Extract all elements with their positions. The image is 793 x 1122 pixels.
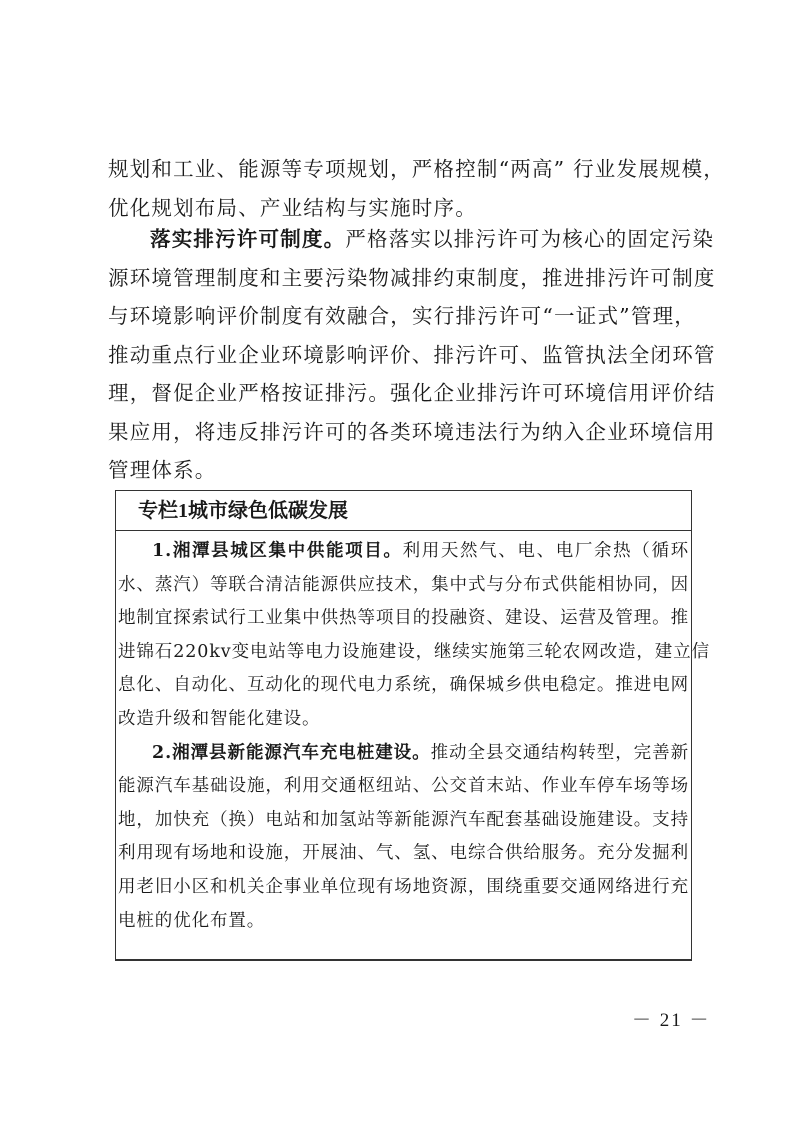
column-box-body: 1.湘潭县城区集中供能项目。利用天然气、电、电厂余热（循环 水、蒸汽）等联合清洁… <box>116 531 691 938</box>
text-line: 息化、自动化、互动化的现代电力系统，确保城乡供电稳定。推进电网 <box>118 669 689 703</box>
text-line: 地制宜探索试行工业集中供热等项目的投融资、建设、运营及管理。推 <box>118 602 689 636</box>
text-fragment: 严格落实以排污许可为核心的固定污染 <box>345 227 714 251</box>
permit-paragraph: 落实排污许可制度。严格落实以排污许可为核心的固定污染 源环境管理制度和主要污染物… <box>108 220 696 490</box>
text-line: 地，加快充（换）电站和加氢站等新能源汽车配套基础设施建设。支持 <box>118 804 689 838</box>
text-line: 改造升级和智能化建设。 <box>118 703 689 737</box>
column-box-title: 专栏1城市绿色低碳发展 <box>116 491 691 531</box>
section-heading: 落实排污许可制度。 <box>150 227 345 251</box>
text-line: 理，督促企业严格按证排污。强化企业排污许可环境信用评价结 <box>108 374 696 413</box>
item-heading: 1.湘潭县城区集中供能项目。 <box>152 541 403 561</box>
text-line: 2.湘潭县新能源汽车充电桩建设。推动全县交通结构转型，完善新 <box>118 737 689 771</box>
text-line: 与环境影响评价制度有效融合，实行排污许可“一证式”管理， <box>108 297 696 336</box>
text-line: 规划和工业、能源等专项规划，严格控制“两高” 行业发展规模， <box>108 150 696 189</box>
text-line: 电桩的优化布置。 <box>118 905 689 939</box>
text-line: 用老旧小区和机关企事业单位现有场地资源，围绕重要交通网络进行充 <box>118 871 689 905</box>
text-line: 落实排污许可制度。严格落实以排污许可为核心的固定污染 <box>108 220 696 259</box>
text-line: 进锦石220kv变电站等电力设施建设，继续实施第三轮农网改造，建立信 <box>118 636 689 670</box>
item-heading: 2.湘潭县新能源汽车充电桩建设。 <box>152 743 431 763</box>
text-line: 水、蒸汽）等联合清洁能源供应技术，集中式与分布式供能相协同，因 <box>118 569 689 603</box>
page-number: － 21 － <box>632 1005 711 1032</box>
text-line: 推动重点行业企业环境影响评价、排污许可、监管执法全闭环管 <box>108 336 696 375</box>
column-item-1: 1.湘潭县城区集中供能项目。利用天然气、电、电厂余热（循环 水、蒸汽）等联合清洁… <box>118 535 689 737</box>
text-line: 果应用，将违反排污许可的各类环境违法行为纳入企业环境信用 <box>108 413 696 452</box>
text-line: 源环境管理制度和主要污染物减排约束制度，推进排污许可制度 <box>108 259 696 298</box>
text-fragment: 推动全县交通结构转型，完善新 <box>431 743 689 763</box>
text-line: 1.湘潭县城区集中供能项目。利用天然气、电、电厂余热（循环 <box>118 535 689 569</box>
text-line: 管理体系。 <box>108 451 696 490</box>
column-item-2: 2.湘潭县新能源汽车充电桩建设。推动全县交通结构转型，完善新 能源汽车基础设施，… <box>118 737 689 939</box>
text-line: 能源汽车基础设施，利用交通枢纽站、公交首末站、作业车停车场等场 <box>118 770 689 804</box>
column-box: 专栏1城市绿色低碳发展 1.湘潭县城区集中供能项目。利用天然气、电、电厂余热（循… <box>115 490 692 961</box>
intro-paragraph: 规划和工业、能源等专项规划，严格控制“两高” 行业发展规模， 优化规划布局、产业… <box>108 150 696 227</box>
text-fragment: 利用天然气、电、电厂余热（循环 <box>403 541 689 561</box>
text-line: 利用现有场地和设施，开展油、气、氢、电综合供给服务。充分发掘利 <box>118 837 689 871</box>
